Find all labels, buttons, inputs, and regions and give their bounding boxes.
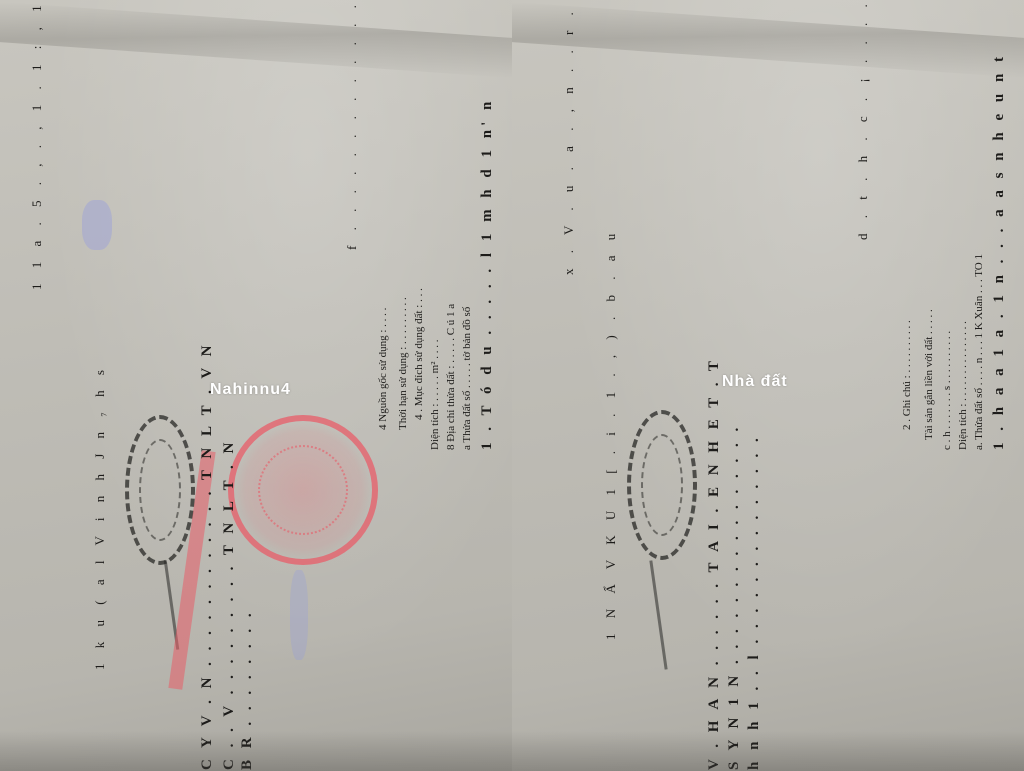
paper-edge-shadow	[512, 731, 1024, 771]
signatory-line: C Y V . N . . . . . . . . . . . . T N L …	[200, 240, 215, 770]
black-seal-stamp	[627, 410, 697, 560]
watermark: Nhà đất	[722, 373, 788, 391]
pen-mark	[290, 570, 308, 660]
signature-stroke	[649, 560, 667, 669]
text-line: a Thửa đất số . . . . . tờ bản đồ số	[462, 130, 473, 450]
text-line: f . . . . . . . . . . . . .	[345, 100, 358, 250]
text-line: Tài sản gắn liền với đất . . . . .	[924, 100, 935, 440]
pen-mark	[82, 200, 112, 250]
black-seal-stamp	[125, 415, 195, 565]
text-line: Thời hạn sử dụng : . . . . . . . . .	[398, 100, 409, 430]
paper-fold-shadow	[512, 2, 1024, 78]
text-line: 4 . Mục đích sử dụng đất : . . .	[414, 100, 425, 420]
authority-line: 1 N Ẩ V K U 1 [ . i . 1 . , ) . b . a u	[604, 400, 617, 640]
paper-edge-shadow	[0, 731, 512, 771]
section-heading: 1 . T ó d u . . . . . l 1 m h d 1 n' n	[480, 120, 495, 450]
section-heading: 1 . h a a 1 a . 1 n . . . a a s n h e u …	[992, 110, 1007, 450]
text-line: Diện tích : . . . . . m² . . . .	[430, 130, 441, 450]
page-number-line: x . V . u . a . , n . . r . 1 , s . r . …	[562, 15, 575, 275]
text-line: 4 Nguồn gốc sử dụng : . . . .	[378, 100, 389, 430]
signatory-line: h n h 1 . . l . . . . . . . . . . . . . …	[747, 270, 762, 770]
text-line: 2 . Ghi chú : . . . . . . . . . .	[902, 100, 913, 430]
text-line: 8 Địa chỉ thửa đất : . . . . . C ú 1 a	[446, 130, 457, 450]
text-line: a. Thửa đất số . . . . n . . . 1 K Xuân …	[974, 120, 985, 450]
document-page-right: x . V . u . a . , n . . r . 1 , s . r . …	[512, 0, 1024, 771]
paper-fold-shadow	[0, 2, 512, 78]
text-line: d . t . h . c . ¡ . . . . . . . .	[856, 90, 869, 240]
watermark: Nahinnu4	[210, 381, 291, 399]
text-line: c . h . . . . . . . s . . . . . . . . . …	[942, 120, 953, 450]
page-number-line: 1 1 a . 5 . , . , 1 . 1 : , 1 < 7 C 1 1 …	[30, 40, 43, 290]
document-page-left: 1 1 a . 5 . , . , 1 . 1 : , 1 < 7 C 1 1 …	[0, 0, 512, 771]
authority-line: 1 k u ( a l V i n h J n ₇ h s	[93, 470, 106, 670]
signatory-line: V . H A N . . . . . . T A I . E N H E T …	[707, 240, 722, 770]
text-line: Diện tích : . . . . . . . . . . . . . . …	[958, 120, 969, 450]
signatory-line: B R . . . . . . . .	[240, 410, 255, 770]
signatory-line: S Y N 1 N . . . . . . . . . . . . . . . …	[727, 240, 742, 770]
